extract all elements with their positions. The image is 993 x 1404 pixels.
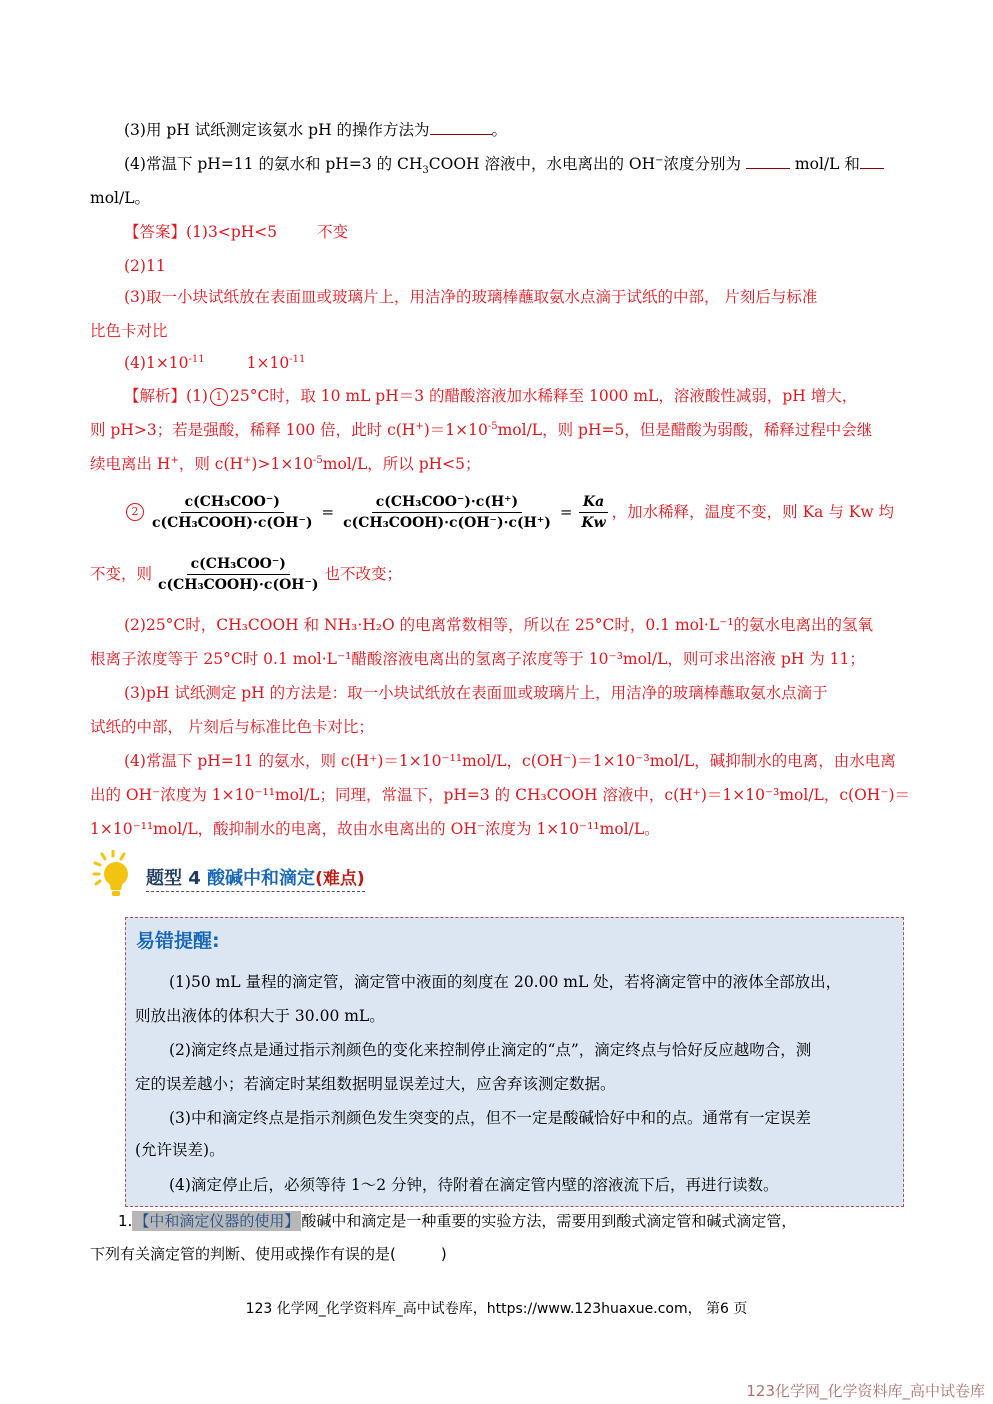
formula-line-2: 不变，则 c(CH₃COO⁻)c(CH₃COOH)·c(OH⁻) 也不改变； <box>90 552 910 596</box>
section-heading: 题型 4 酸碱中和滴定(难点) <box>92 850 492 900</box>
analysis-tag: 【解析】 <box>124 387 186 405</box>
document-page: (3)用 pH 试纸测定该氨水 pH 的操作方法为。 (4)常温下 pH=11 … <box>0 0 993 1404</box>
analysis-4-line-3: 1×10⁻¹¹mol/L，酸抑制水的电离，故由水电离出的 OH⁻浓度为 1×10… <box>90 818 910 840</box>
denominator: Kw <box>577 513 609 532</box>
fraction-2: c(CH₃COO⁻)·c(H⁺)c(CH₃COOH)·c(OH⁻)·c(H⁺) <box>339 493 555 532</box>
answer-blank <box>430 120 492 135</box>
question-1: 1.【中和滴定仪器的使用】酸碱中和滴定是一种重要的实验方法，需要用到酸式滴定管和… <box>90 1210 910 1232</box>
analysis-text: )>1×10 <box>251 455 313 473</box>
a4-value2: 1×10 <box>247 354 290 372</box>
a4-value: (4)1×10 <box>124 354 189 372</box>
denominator: c(CH₃COOH)·c(OH⁻)·c(H⁺) <box>339 513 555 532</box>
page-footer: 123 化学网_化学资料库_高中试卷库，https://www.123huaxu… <box>0 1298 993 1318</box>
q4-mid: COOH 溶液中，水电离出的 OH <box>429 155 655 173</box>
analysis-3-line-2: 试纸的中部， 片刻后与标准比色卡对比； <box>90 716 910 738</box>
analysis-line-2: 则 pH>3；若是强酸，稀释 100 倍，此时 c(H+)＝1×10-5mol/… <box>90 419 910 441</box>
analysis-4-line-1: (4)常温下 pH=11 的氨水，则 c(H⁺)＝1×10⁻¹¹mol/L，c(… <box>90 750 910 772</box>
error-tips-box: 易错提醒: (1)50 mL 量程的滴定管，滴定管中液面的刻度在 20.00 m… <box>125 917 904 1207</box>
analysis-line-3: 续电离出 H+，则 c(H+)>1×10-5mol/L，所以 pH<5； <box>90 453 910 475</box>
question-text: 酸碱中和滴定是一种重要的实验方法，需要用到酸式滴定管和碱式滴定管， <box>301 1212 796 1230</box>
fraction-4: c(CH₃COO⁻)c(CH₃COOH)·c(OH⁻) <box>154 555 323 594</box>
question-1-line-2: 下列有关滴定管的判断、使用或操作有误的是( ) <box>90 1243 910 1265</box>
answer-line-1: 【答案】(1)3<pH<5不变 <box>90 221 910 243</box>
lightbulb-icon <box>92 850 136 900</box>
tip-item: (4)滴定停止后，必须等待 1～2 分钟，待附着在滴定管内壁的溶液流下后，再进行… <box>135 1174 895 1196</box>
analysis-text: 不变，则 <box>90 563 152 585</box>
tip-item: 则放出液体的体积大于 30.00 mL。 <box>135 1005 895 1027</box>
superscript: -11 <box>289 354 305 365</box>
analysis-2-line-2: 根离子浓度等于 25°C时 0.1 mol·L⁻¹醋酸溶液电离出的氢离子浓度等于… <box>90 648 910 670</box>
superscript: -5 <box>488 421 498 432</box>
answer-1b: 不变 <box>317 223 348 241</box>
superscript: -11 <box>189 354 205 365</box>
superscript: -5 <box>313 455 323 466</box>
analysis-4-line-2: 出的 OH⁻浓度为 1×10⁻¹¹mol/L；同理，常温下，pH=3 的 CH₃… <box>90 784 910 806</box>
tip-item: (1)50 mL 量程的滴定管，滴定管中液面的刻度在 20.00 mL 处，若将… <box>135 971 895 993</box>
tip-item: (3)中和滴定终点是指示剂颜色发生突变的点，但不一定是酸碱恰好中和的点。通常有一… <box>135 1107 895 1129</box>
formula-line: 2 c(CH₃COO⁻)c(CH₃COOH)·c(OH⁻) = c(CH₃COO… <box>90 490 910 534</box>
answer-line-4: (4)1×10-111×10-11 <box>90 352 910 374</box>
analysis-text: mol/L，所以 pH<5； <box>323 455 481 473</box>
circled-number-2: 2 <box>126 503 144 521</box>
q4-prefix: (4)常温下 pH=11 的氨水和 pH=3 的 CH <box>124 155 422 173</box>
fraction-3: KaKw <box>577 493 609 532</box>
fraction-1: c(CH₃COO⁻)c(CH₃COOH)·c(OH⁻) <box>148 493 317 532</box>
q4-unit1: mol/L 和 <box>790 155 860 173</box>
circled-number-1: 1 <box>210 388 228 406</box>
numerator: Ka <box>579 493 608 513</box>
tip-item: (允许误差)。 <box>135 1139 895 1161</box>
analysis-text: ，加水稀释，温度不变，则 Ka 与 Kw 均 <box>612 490 894 534</box>
tip-item: (2)滴定终点是通过指示剂颜色的变化来控制停止滴定的“点”，滴定终点与恰好反应越… <box>135 1039 895 1061</box>
answer-blank <box>746 154 790 169</box>
answer-tag: 【答案】 <box>124 223 186 241</box>
q3-suffix: 。 <box>492 121 508 139</box>
q4-unit-line: mol/L。 <box>90 187 910 209</box>
analysis-2-line-1: (2)25°C时，CH₃COOH 和 NH₃·H₂O 的电离常数相等，所以在 2… <box>90 614 910 636</box>
question-part-4: (4)常温下 pH=11 的氨水和 pH=3 的 CH3COOH 溶液中，水电离… <box>90 153 910 175</box>
answer-line-2: (2)11 <box>90 255 910 277</box>
denominator: c(CH₃COOH)·c(OH⁻) <box>148 513 317 532</box>
question-number: 1. <box>118 1212 132 1230</box>
q4-tail: 浓度分别为 <box>664 155 742 173</box>
numerator: c(CH₃COO⁻) <box>181 493 284 513</box>
denominator: c(CH₃COOH)·c(OH⁻) <box>154 575 323 594</box>
question-topic-tag: 【中和滴定仪器的使用】 <box>132 1211 301 1231</box>
difficulty-badge: (难点) <box>315 869 365 889</box>
question-part-3: (3)用 pH 试纸测定该氨水 pH 的操作方法为。 <box>90 119 910 141</box>
watermark: 123化学网_化学资料库_高中试卷库 <box>746 1380 985 1401</box>
analysis-text: (1) <box>186 387 208 405</box>
analysis-text: 25°C时，取 10 mL pH＝3 的醋酸溶液加水稀释至 1000 mL，溶液… <box>230 387 857 405</box>
answer-1: (1)3<pH<5 <box>186 223 277 241</box>
equals-sign: = <box>560 490 573 534</box>
analysis-text: 则 pH>3；若是强酸，稀释 100 倍，此时 c(H <box>90 421 415 439</box>
analysis-3-line-1: (3)pH 试纸测定 pH 的方法是：取一小块试纸放在表面皿或玻璃片上，用洁净的… <box>90 682 910 704</box>
q3-text: (3)用 pH 试纸测定该氨水 pH 的操作方法为 <box>124 121 430 139</box>
tip-item: 定的误差越小；若滴定时某组数据明显误差过大，应舍弃该测定数据。 <box>135 1073 895 1095</box>
answer-line-3b: 比色卡对比 <box>90 320 910 342</box>
analysis-text: 也不改变； <box>325 563 403 585</box>
analysis-text: 续电离出 H <box>90 455 170 473</box>
analysis-text: )＝1×10 <box>424 421 488 439</box>
analysis-text: ，则 c(H <box>179 455 243 473</box>
superscript: − <box>655 155 663 166</box>
answer-blank <box>860 154 884 169</box>
analysis-text: mol/L，则 pH=5，但是醋酸为弱酸，稀释过程中会继 <box>498 421 873 439</box>
section-topic: 酸碱中和滴定 <box>207 868 315 889</box>
section-title: 题型 4 酸碱中和滴定(难点) <box>146 864 365 892</box>
analysis-line-1: 【解析】(1)125°C时，取 10 mL pH＝3 的醋酸溶液加水稀释至 10… <box>90 385 910 407</box>
numerator: c(CH₃COO⁻)·c(H⁺) <box>372 493 522 513</box>
answer-line-3: (3)取一小块试纸放在表面皿或玻璃片上，用洁净的玻璃棒蘸取氨水点滴于试纸的中部，… <box>90 286 910 308</box>
section-label: 题型 4 <box>146 868 207 889</box>
equals-sign: = <box>322 490 335 534</box>
tips-title: 易错提醒: <box>136 926 220 953</box>
numerator: c(CH₃COO⁻) <box>187 555 290 575</box>
